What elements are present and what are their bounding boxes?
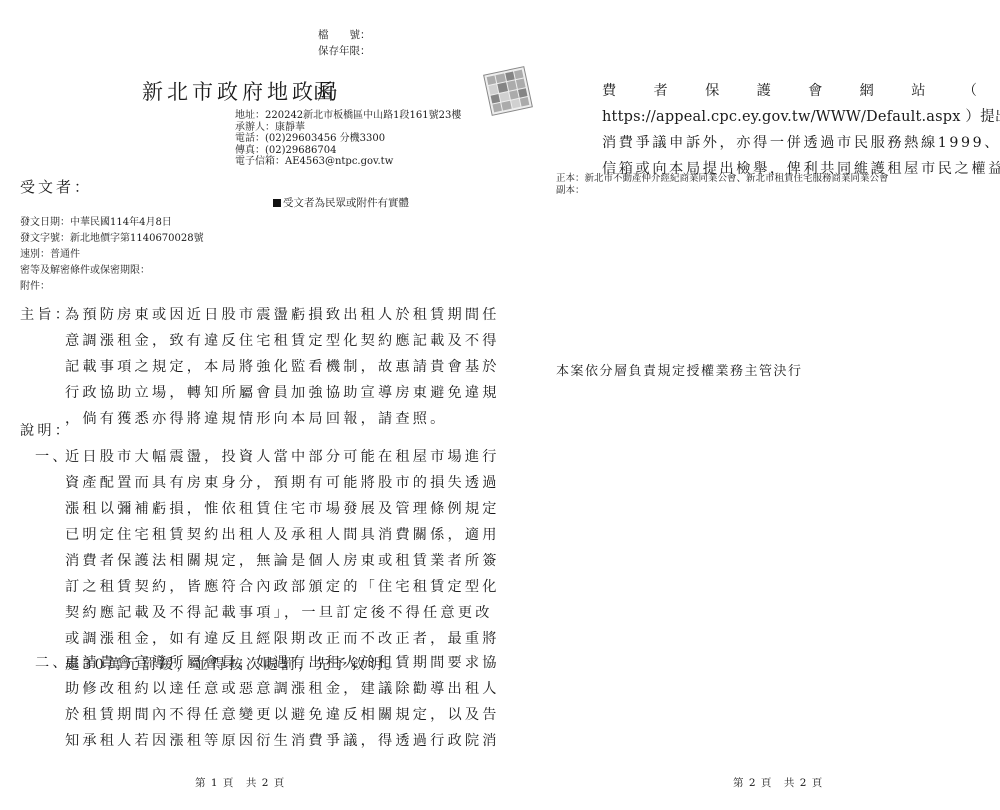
original-copy-recipients: 正本：新北市不動產仲介經紀商業同業公會、新北市租賃住宅服務商業同業公會 [556,173,889,185]
document-number: 發文字號：新北地價字第1140670028號 [20,231,204,247]
subject-line: 為預防房東或因近日股市震盪虧損致出租人於租賃期間任 [65,302,500,328]
page-footer: 第 1 頁 共 2 頁 [195,775,285,790]
subject-line: ，倘有獲悉亦得將違規情形向本局回報，請查照。 [65,406,500,432]
item-line: 已明定住宅租賃契約出租人及承租人間具消費關係，適用 [65,522,500,548]
issue-date: 發文日期：中華民國114年4月8日 [20,215,204,231]
subject-line: 記載事項之規定，本局將強化監看機制，故惠請貴會基於 [65,354,500,380]
phone: 電話：(02)29603456 分機3300 [235,133,461,145]
subject-body: 為預防房東或因近日股市震盪虧損致出租人於租賃期間任 意調漲租金，致有違反住宅租賃… [65,302,500,432]
meta-block: 發文日期：中華民國114年4月8日 發文字號：新北地價字第1140670028號… [20,215,204,295]
item-line: 訂之租賃契約，皆應符合內政部頒定的「住宅租賃定型化 [65,574,500,600]
item-line: 助修改租約以達任意或惡意調漲租金，建議除勸導出租人 [65,676,500,702]
checked-box-icon [273,199,281,207]
fax: 傳真：(02)29686704 [235,145,461,157]
address: 地址：220242新北市板橋區中山路1段161號23樓 [235,110,461,122]
item-line: 近日股市大幅震盪，投資人當中部分可能在租屋市場進行 [65,444,500,470]
recipient-note: 受文者為民眾或附件有實體 [273,196,409,210]
explanation-label: 說明： [20,418,72,444]
retention-period-label: 保存年限： [318,44,371,58]
email: 電子信箱：AE4563@ntpc.gov.tw [235,156,461,168]
item-line: 消費者保護法相關規定，無論是個人房東或租賃業者所簽 [65,548,500,574]
item-line: 漲租以彌補虧損，惟依租賃住宅市場發展及管理條例規定 [65,496,500,522]
distribution-block: 正本：新北市不動產仲介經紀商業同業公會、新北市租賃住宅服務商業同業公會 副本： [556,173,889,197]
item-line: 或調漲租金，如有違反且經限期改正而不改正者，最重將 [65,626,500,652]
explanation-item-1: 近日股市大幅震盪，投資人當中部分可能在租屋市場進行 資產配置而具有房東身分，預期… [65,444,500,678]
recipient-label: 受文者： [20,176,92,197]
authorization-note: 本案依分層負責規定授權業務主管決行 [556,360,803,379]
continuation-block: 費 者 保 護 會 網 站 （ https://appeal.cpc.ey.go… [602,78,1000,182]
handler: 承辦人：康靜華 [235,122,461,134]
page-footer: 第 2 頁 共 2 頁 [733,775,823,790]
item-line: 惠請貴會宣導所屬會員，如遇有出租人於租賃期間要求協 [65,650,500,676]
delivery-speed: 速別：普通件 [20,247,204,263]
document-type: 函 [313,76,338,106]
security-level: 密等及解密條件或保密期限： [20,263,204,279]
carbon-copy-recipients: 副本： [556,185,889,197]
file-number-label: 檔 號： [318,28,371,42]
item-line: 知承租人若因漲租等原因衍生消費爭議，得透過行政院消 [65,728,500,754]
item-line: 契約應記載及不得記載事項」，一旦訂定後不得任意更改 [65,600,500,626]
subject-line: 意調漲租金，致有違反住宅租賃定型化契約應記載及不得 [65,328,500,354]
subject-line: 行政協助立場，轉知所屬會員加強協助宣導房東避免違規 [65,380,500,406]
agency-title: 新北市政府地政局 [142,76,342,106]
continuation-line: 消費爭議申訴外，亦得一併透過市民服務熱線1999、市長 [602,130,1000,156]
explanation-item-2: 惠請貴會宣導所屬會員，如遇有出租人於租賃期間要求協 助修改租約以達任意或惡意調漲… [65,650,500,754]
item-line: 於租賃期間內不得任意變更以避免違反相關規定，以及告 [65,702,500,728]
contact-block: 地址：220242新北市板橋區中山路1段161號23樓 承辦人：康靜華 電話：(… [235,110,461,168]
item-line: 資產配置而具有房東身分，預期有可能將股市的損失透過 [65,470,500,496]
document-page-1: 檔 號： 保存年限： 新北市政府地政局 函 地址：220242新北市板橋區中山路… [0,0,500,810]
attachments: 附件： [20,279,204,295]
document-page-2: 費 者 保 護 會 網 站 （ https://appeal.cpc.ey.go… [500,0,1000,810]
continuation-url-line: https://appeal.cpc.ey.gov.tw/WWW/Default… [602,104,1000,130]
continuation-spread-line: 費 者 保 護 會 網 站 （ [602,78,977,104]
